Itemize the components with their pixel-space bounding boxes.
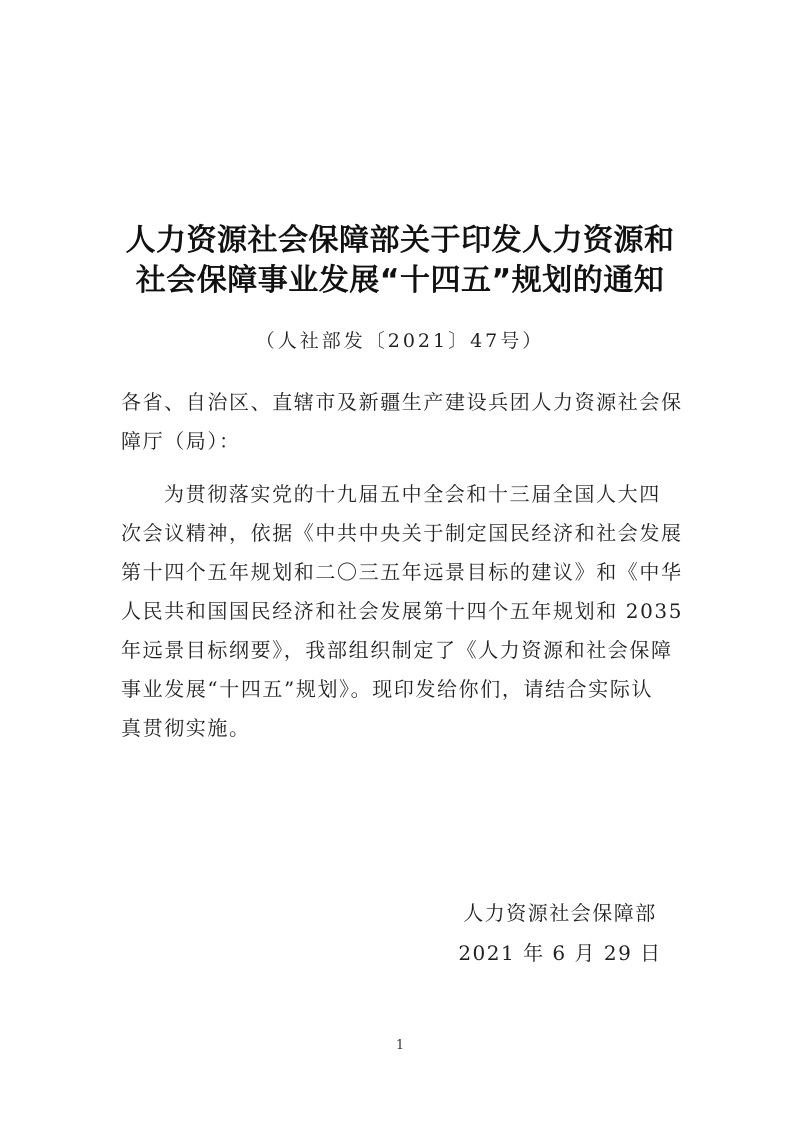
title-line-1: 人力资源社会保障部关于印发人力资源和 <box>120 221 680 261</box>
paragraph-line-3: 第十四个五年规划和二〇三五年远景目标的建议》和《中华 <box>121 553 675 592</box>
issuer-name: 人力资源社会保障部 <box>440 893 680 933</box>
salutation-line-1: 各省、自治区、直辖市及新疆生产建设兵团人力资源社会保 <box>121 383 675 422</box>
document-title: 人力资源社会保障部关于印发人力资源和 社会保障事业发展“十四五”规划的通知 <box>120 221 680 301</box>
document-number: （人社部发〔2021〕47号） <box>120 328 680 354</box>
paragraph-line-4: 人民共和国国民经济和社会发展第十四个五年规划和 2035 <box>121 592 675 631</box>
page-number: 1 <box>380 1038 420 1054</box>
title-line-2: 社会保障事业发展“十四五”规划的通知 <box>120 261 680 301</box>
body-paragraph: 为贯彻落实党的十九届五中全会和十三届全国人大四 次会议精神，依据《中共中央关于制… <box>121 475 675 748</box>
salutation-line-2: 障厅（局）： <box>121 422 675 461</box>
paragraph-line-1: 为贯彻落实党的十九届五中全会和十三届全国人大四 <box>121 475 675 514</box>
salutation: 各省、自治区、直辖市及新疆生产建设兵团人力资源社会保 障厅（局）： <box>121 383 675 461</box>
document-page: 人力资源社会保障部关于印发人力资源和 社会保障事业发展“十四五”规划的通知 （人… <box>0 0 793 1122</box>
signature-block: 人力资源社会保障部 2021 年 6 月 29 日 <box>440 893 680 973</box>
issue-date: 2021 年 6 月 29 日 <box>440 933 680 973</box>
paragraph-line-2: 次会议精神，依据《中共中央关于制定国民经济和社会发展 <box>121 514 675 553</box>
paragraph-line-6: 事业发展“十四五”规划》。现印发给你们，请结合实际认 <box>121 670 675 709</box>
paragraph-line-7: 真贯彻实施。 <box>121 709 675 748</box>
paragraph-line-5: 年远景目标纲要》，我部组织制定了《人力资源和社会保障 <box>121 631 675 670</box>
